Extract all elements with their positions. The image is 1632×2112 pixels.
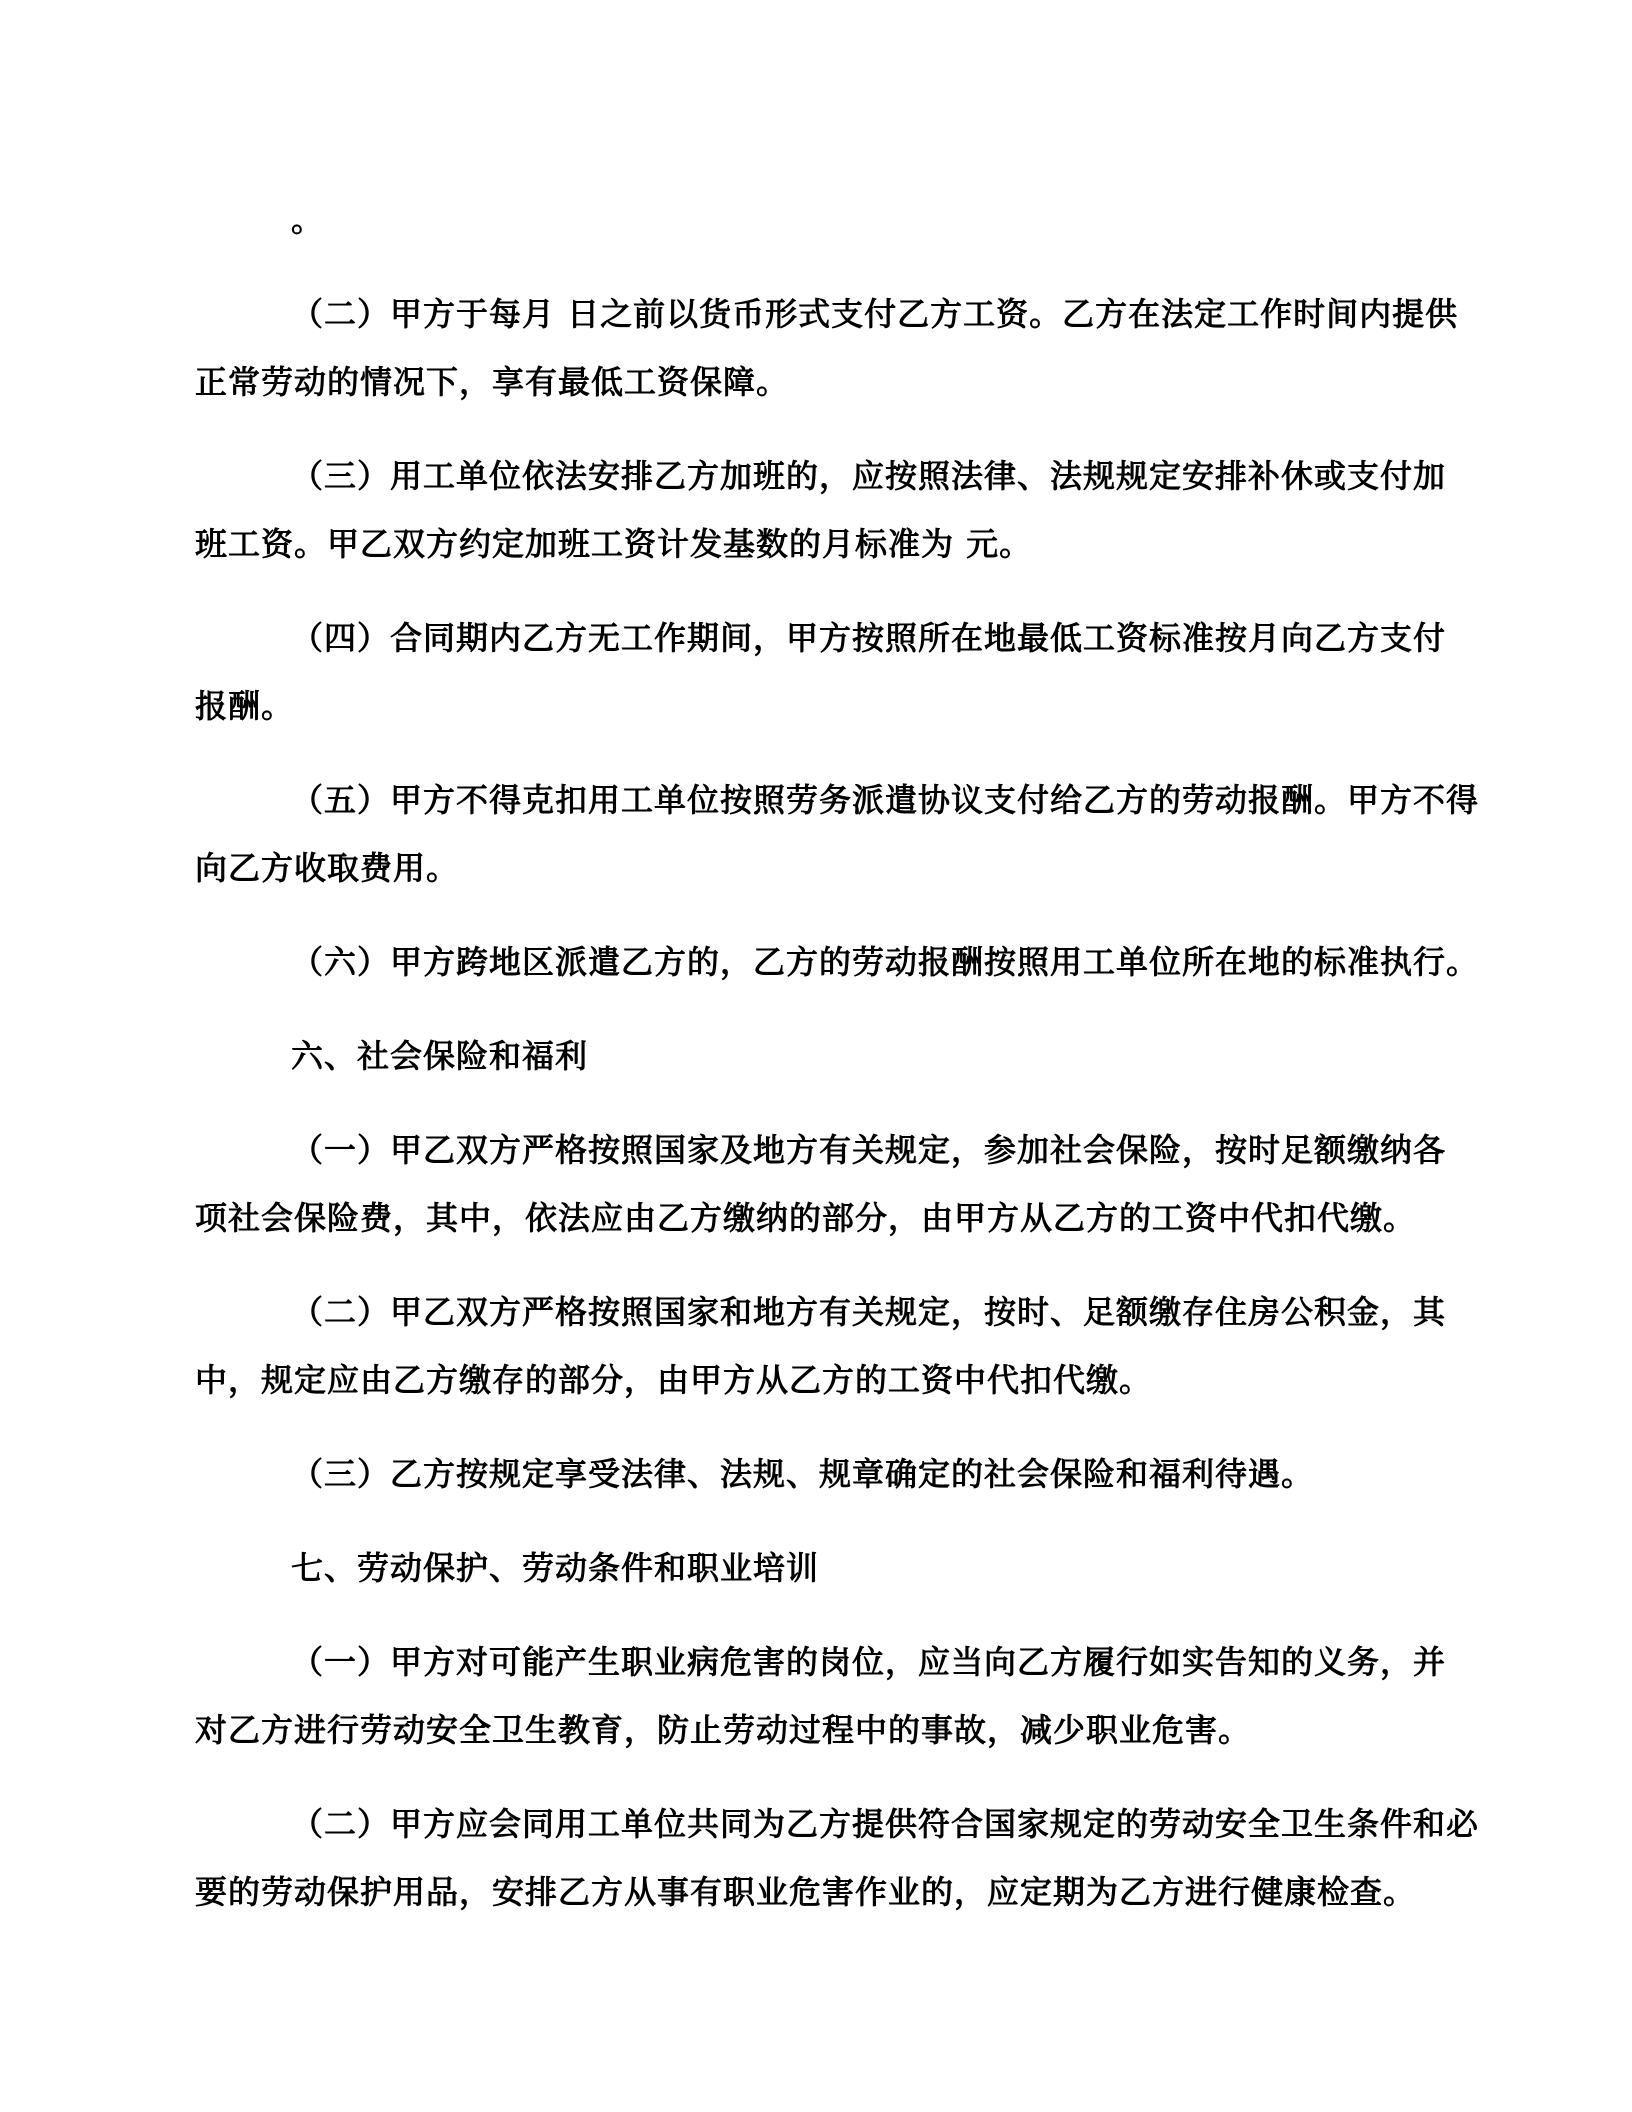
paragraph-social-insurance-contribution: （一）甲乙双方严格按照国家及地方有关规定，参加社会保险，按时足额缴纳各 项社会保… (195, 1116, 1482, 1252)
paragraph-sentence-end: 。 (195, 186, 1482, 254)
paragraph-safety-conditions-health-check: （二）甲方应会同用工单位共同为乙方提供符合国家规定的劳动安全卫生条件和必 要的劳… (195, 1790, 1482, 1926)
section-heading-social-insurance: 六、社会保险和福利 (195, 1022, 1482, 1090)
paragraph-cross-region-dispatch: （六）甲方跨地区派遣乙方的，乙方的劳动报酬按照用工单位所在地的标准执行。 (195, 928, 1482, 996)
paragraph-no-withholding-fees: （五）甲方不得克扣用工单位按照劳务派遣协议支付给乙方的劳动报酬。甲方不得 向乙方… (195, 766, 1482, 902)
paragraph-no-work-period-pay: （四）合同期内乙方无工作期间，甲方按照所在地最低工资标准按月向乙方支付 报酬。 (195, 604, 1482, 740)
paragraph-housing-fund: （二）甲乙双方严格按照国家和地方有关规定，按时、足额缴存住房公积金，其 中，规定… (195, 1278, 1482, 1414)
contract-document-page: 。 （二）甲方于每月 日之前以货币形式支付乙方工资。乙方在法定工作时间内提供 正… (0, 0, 1632, 2112)
paragraph-welfare-benefits: （三）乙方按规定享受法律、法规、规章确定的社会保险和福利待遇。 (195, 1440, 1482, 1508)
section-heading-labor-protection: 七、劳动保护、劳动条件和职业培训 (195, 1534, 1482, 1602)
paragraph-salary-payment: （二）甲方于每月 日之前以货币形式支付乙方工资。乙方在法定工作时间内提供 正常劳… (195, 280, 1482, 416)
paragraph-overtime-pay: （三）用工单位依法安排乙方加班的，应按照法律、法规规定安排补休或支付加 班工资。… (195, 442, 1482, 578)
paragraph-occupational-hazard-notice: （一）甲方对可能产生职业病危害的岗位，应当向乙方履行如实告知的义务，并 对乙方进… (195, 1628, 1482, 1764)
